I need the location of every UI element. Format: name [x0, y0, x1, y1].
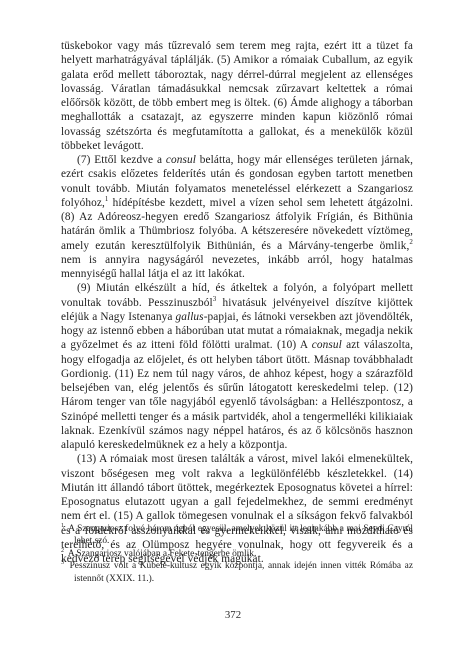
page-number: 372	[0, 609, 466, 621]
text-run: azt válaszolta, hogy elfogadja az előjel…	[61, 339, 413, 451]
paragraph: (9) Miután elkészült a híd, és átkeltek …	[61, 281, 413, 452]
text-run: tüskebokor vagy más tűzrevaló sem terem …	[61, 40, 413, 152]
footnotes: 1 A Szangariosz folyó három ágból egyesü…	[61, 523, 413, 585]
italic-term: consul	[166, 154, 196, 166]
footnote-ref: 2	[409, 238, 413, 246]
footnote: 3 Pesszinusz volt a Kübelé-kultusz egyik…	[61, 560, 413, 585]
footnote-marker: 1	[61, 523, 64, 529]
book-page: tüskebokor vagy más tűzrevaló sem terem …	[0, 0, 466, 667]
footnote-marker: 2	[61, 548, 64, 554]
text-run: nem is annyira nagyságáról nevezetes, in…	[61, 254, 413, 280]
paragraph: tüskebokor vagy más tűzrevaló sem terem …	[61, 39, 413, 153]
footnote: 2 A Szangariosz valójában a Fekete-tenge…	[61, 548, 413, 560]
footnote: 1 A Szangariosz folyó három ágból egyesü…	[61, 523, 413, 548]
italic-term: gallus	[175, 311, 203, 323]
text-run: hídépítésbe kezdett, mivel a vízen sehol…	[61, 197, 413, 252]
paragraph: (7) Ettől kezdve a consul belátta, hogy …	[61, 153, 413, 281]
italic-term: consul	[312, 339, 342, 351]
body-text: tüskebokor vagy más tűzrevaló sem terem …	[61, 39, 413, 566]
footnote-marker: 3	[61, 560, 64, 566]
text-run: (7) Ettől kezdve a	[77, 154, 166, 166]
